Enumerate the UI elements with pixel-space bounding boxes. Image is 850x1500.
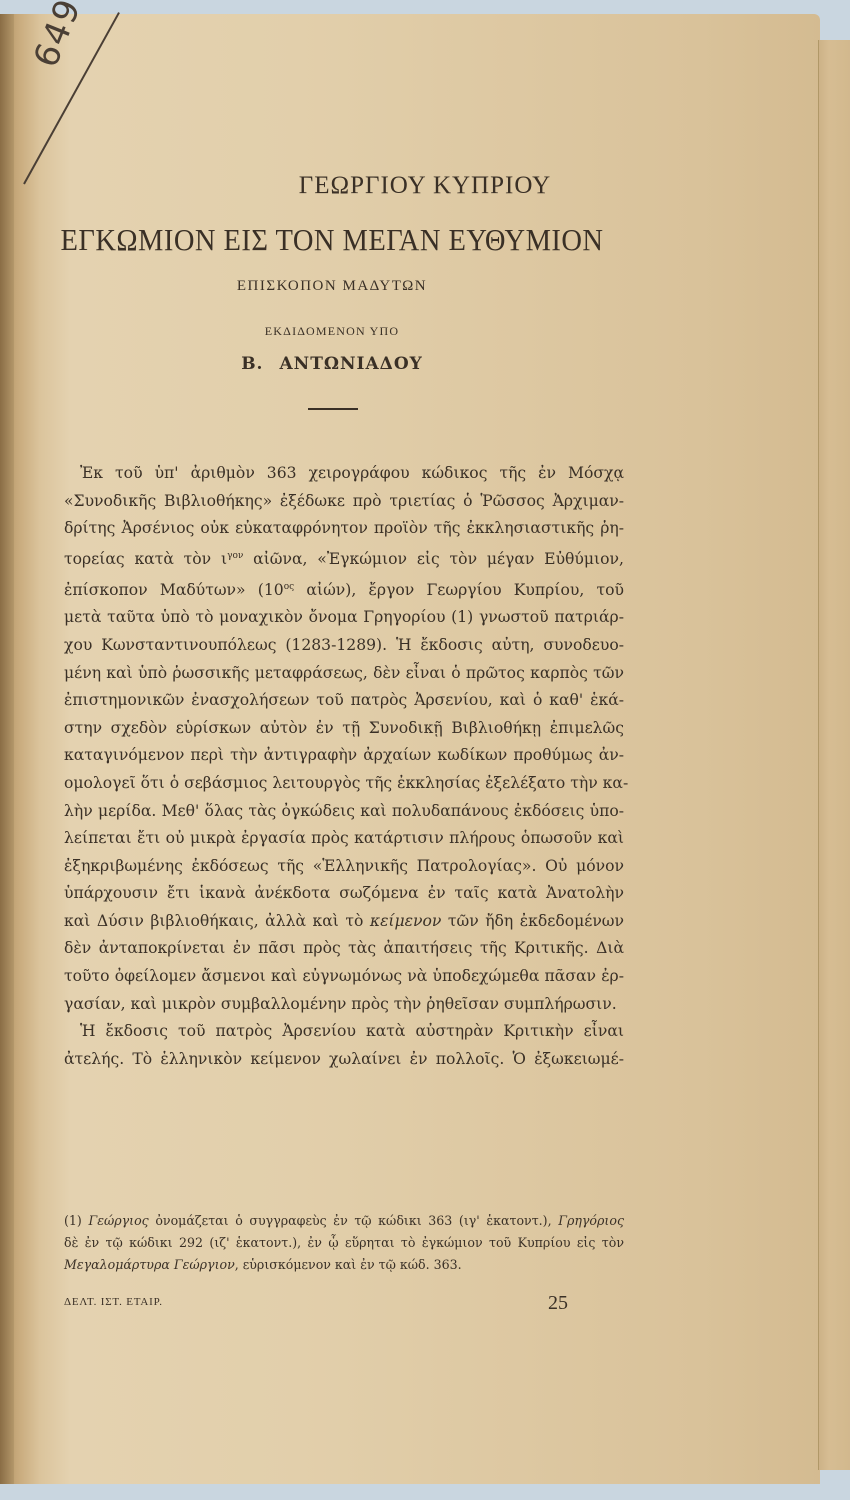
work-title: ΕΓΚΩΜΙΟΝ ΕΙΣ ΤΟΝ ΜΕΓΑΝ ΕΥΘΥΜΙΟΝ	[27, 222, 638, 258]
author-heading: ΓΕΩΡΓΙΟΥ ΚΥΠΡΙΟΥ	[0, 172, 850, 200]
text-span: αἰών), ἔργον Γεωργίου Κυπρίου, τοῦ	[294, 581, 624, 599]
italic-span: Μεγαλομάρτυρα Γεώργιον	[64, 1257, 235, 1272]
body-line: καὶ Δύσιν βιβλιοθήκαις, ἀλλὰ καὶ τὸ κείμ…	[64, 908, 624, 936]
footnote-line: (1) Γεώργιος ὀνομάζεται ὁ συγγραφεὺς ἐν …	[64, 1210, 624, 1232]
body-line: «Συνοδικῆς Βιβλιοθήκης» ἐξέδωκε πρὸ τριε…	[64, 488, 624, 516]
body-line: τορείας κατὰ τὸν ιγον αἰῶνα, «Ἐγκώμιον ε…	[64, 543, 624, 574]
body-line: ἀτελής. Τὸ ἑλληνικὸν κείμενον χωλαίνει ἐ…	[64, 1046, 624, 1074]
adjacent-page-edge	[818, 40, 850, 1470]
footnote-line: δὲ ἐν τῷ κώδικι 292 (ιζ' ἑκατοντ.), ἐν ᾧ…	[64, 1232, 624, 1254]
superscript: γον	[227, 551, 243, 561]
body-line: ἐξηκριβωμένης ἐκδόσεως τῆς «Ἑλληνικῆς Πα…	[64, 853, 624, 881]
body-line: μένη καὶ ὑπὸ ῥωσσικῆς μεταφράσεως, δὲν ε…	[64, 660, 624, 688]
footnote-marker: (1)	[64, 1213, 88, 1228]
editor-surname: ΑΝΤΩΝΙΑΔΟΥ	[279, 354, 422, 374]
text-span: αἰῶνα, «Ἐγκώμιον εἰς τὸν μέγαν Εὐθύμιον,	[243, 550, 624, 568]
text-span: , εὑρισκόμενον καὶ ἐν τῷ κώδ. 363.	[235, 1257, 462, 1272]
italic-span: Γρηγόριος	[558, 1213, 624, 1228]
editor-name: Β.ΑΝΤΩΝΙΑΔΟΥ	[0, 354, 664, 374]
superscript: ος	[284, 582, 294, 592]
journal-abbreviation: ΔΕΛΤ. ΙΣΤ. ΕΤΑΙΡ.	[64, 1296, 163, 1308]
footnote-line: Μεγαλομάρτυρα Γεώργιον, εὑρισκόμενον καὶ…	[64, 1254, 624, 1276]
body-line: Ἡ ἔκδοσις τοῦ πατρὸς Ἀρσενίου κατὰ αὐστη…	[64, 1018, 624, 1046]
text-span: τῶν ἤδη ἐκδεδομένων	[441, 912, 624, 930]
body-line: τοῦτο ὀφείλομεν ἄσμενοι καὶ εὐγνωμόνως ν…	[64, 963, 624, 991]
text-span: καὶ Δύσιν βιβλιοθήκαις, ἀλλὰ καὶ τὸ	[64, 912, 370, 930]
body-line: ἐπίσκοπον Μαδύτων» (10ος αἰών), ἔργον Γε…	[64, 574, 624, 605]
body-line: λὴν μερίδα. Μεθ' ὅλας τὰς ὀγκώδεις καὶ π…	[64, 798, 624, 826]
text-span: τορείας κατὰ τὸν ι	[64, 550, 227, 568]
italic-span: Γεώργιος	[88, 1213, 148, 1228]
edited-by-label: ΕΚΔΙΔΟΜΕΝΟΝ ΥΠΟ	[0, 324, 664, 339]
body-line: στην σχεδὸν εὑρίσκων αὐτὸν ἐν τῇ Συνοδικ…	[64, 715, 624, 743]
body-line: καταγινόμενον περὶ τὴν ἀντιγραφὴν ἀρχαίω…	[64, 742, 624, 770]
text-span: ἐπίσκοπον Μαδύτων» (10	[64, 581, 284, 599]
body-line: ομολογεῖ ὅτι ὁ σεβάσμιος λειτουργὸς τῆς …	[64, 770, 624, 798]
work-subtitle: ΕΠΙΣΚΟΠΟΝ ΜΑΔΥΤΩΝ	[0, 278, 664, 295]
body-line: δὲν ἀνταποκρίνεται ἐν πᾶσι πρὸς τὰς ἀπαι…	[64, 935, 624, 963]
body-line: δρίτης Ἀρσένιος οὐκ εὐκαταφρόνητον προϊὸ…	[64, 515, 624, 543]
footnotes: (1) Γεώργιος ὀνομάζεται ὁ συγγραφεὺς ἐν …	[64, 1210, 624, 1276]
body-line: Ἐκ τοῦ ὑπ' ἀριθμὸν 363 χειρογράφου κώδικ…	[64, 460, 624, 488]
page-number: 25	[548, 1292, 568, 1315]
body-line: ὑπάρχουσιν ἔτι ἱκανὰ ἀνέκδοτα σωζόμενα ἐ…	[64, 880, 624, 908]
title-divider	[308, 408, 358, 410]
body-line: γασίαν, καὶ μικρὸν συμβαλλομένην πρὸς τὴ…	[64, 991, 624, 1019]
italic-span: κείμενον	[370, 912, 442, 930]
body-text: Ἐκ τοῦ ὑπ' ἀριθμὸν 363 χειρογράφου κώδικ…	[64, 460, 624, 1073]
body-line: ἐπιστημονικῶν ἐνασχολήσεων τοῦ πατρὸς Ἀρ…	[64, 687, 624, 715]
page-gutter-shadow	[0, 14, 14, 1484]
editor-initial: Β.	[241, 354, 263, 374]
body-line: λείπεται ἔτι οὐ μικρὰ ἐργασία πρὸς κατάρ…	[64, 825, 624, 853]
body-line: μετὰ ταῦτα ὑπὸ τὸ μοναχικὸν ὄνομα Γρηγορ…	[64, 604, 624, 632]
body-line: χου Κωνσταντινουπόλεως (1283-1289). Ἡ ἔκ…	[64, 632, 624, 660]
text-span: ὀνομάζεται ὁ συγγραφεὺς ἐν τῷ κώδικι 363…	[149, 1213, 558, 1228]
